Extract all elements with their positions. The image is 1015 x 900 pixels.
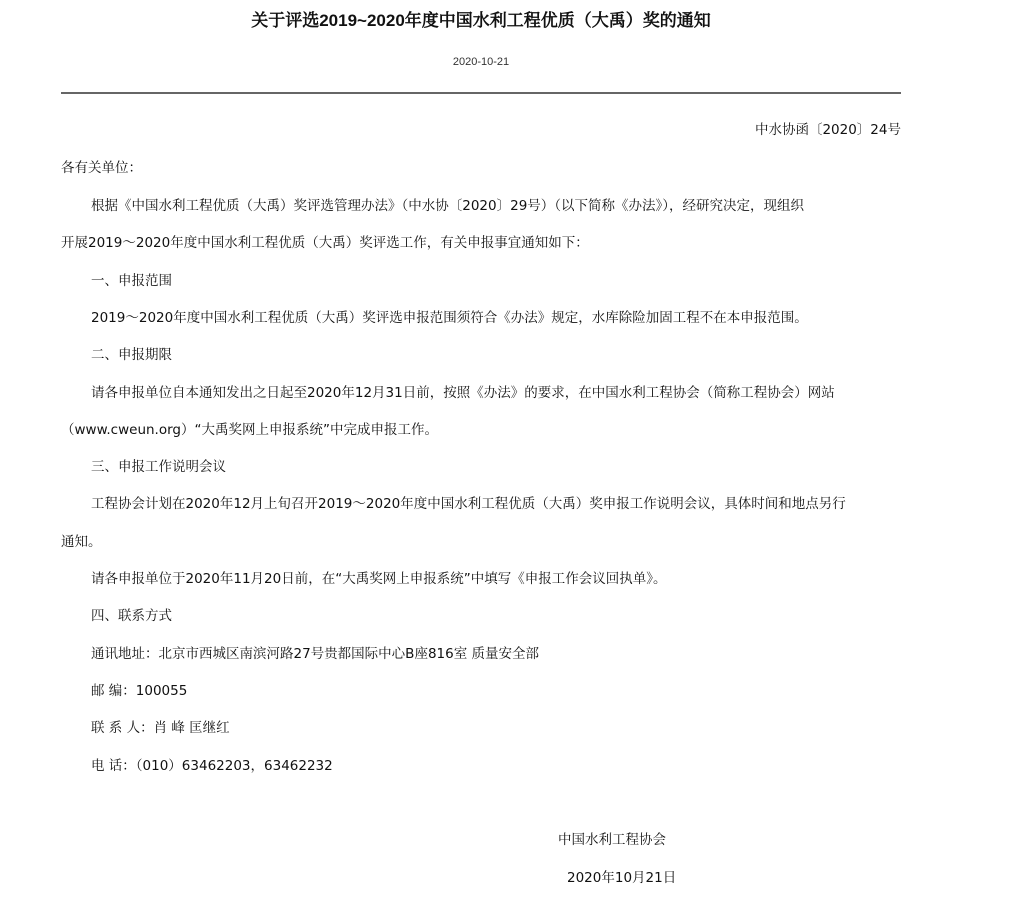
- section-heading-deadline: 二、申报期限: [61, 345, 901, 365]
- signature-date: 2020年10月21日: [567, 868, 676, 888]
- deadline-paragraph-line-2: （www.cweun.org）“大禹奖网上申报系统”中完成申报工作。: [61, 420, 901, 440]
- intro-paragraph-line-1: 根据《中国水利工程优质（大禹）奖评选管理办法》（中水协〔2020〕29号）（以下…: [61, 196, 901, 216]
- section-heading-contact: 四、联系方式: [61, 606, 901, 626]
- contact-phone: 电 话：（010）63462203，63462232: [61, 756, 901, 776]
- publish-date: 2020-10-21: [61, 54, 901, 70]
- contact-person: 联 系 人：肖 峰 匡继红: [61, 718, 901, 738]
- meeting-paragraph-line-2: 通知。: [61, 532, 901, 552]
- scope-paragraph: 2019～2020年度中国水利工程优质（大禹）奖评选申报范围须符合《办法》规定，…: [61, 308, 901, 328]
- intro-paragraph-line-2: 开展2019～2020年度中国水利工程优质（大禹）奖评选工作，有关申报事宜通知如…: [61, 233, 901, 253]
- signature-organization: 中国水利工程协会: [558, 830, 666, 850]
- document-number: 中水协函〔2020〕24号: [61, 120, 901, 140]
- meeting-receipt-paragraph: 请各申报单位于2020年11月20日前，在“大禹奖网上申报系统”中填写《申报工作…: [61, 569, 901, 589]
- deadline-paragraph-line-1: 请各申报单位自本通知发出之日起至2020年12月31日前，按照《办法》的要求，在…: [61, 383, 901, 403]
- header-divider: [61, 92, 901, 94]
- section-heading-scope: 一、申报范围: [61, 271, 901, 291]
- meeting-paragraph-line-1: 工程协会计划在2020年12月上旬召开2019～2020年度中国水利工程优质（大…: [61, 494, 901, 514]
- contact-postcode: 邮 编：100055: [61, 681, 901, 701]
- salutation: 各有关单位：: [61, 158, 901, 178]
- page-title: 关于评选2019~2020年度中国水利工程优质（大禹）奖的通知: [61, 9, 901, 33]
- contact-address: 通讯地址：北京市西城区南滨河路27号贵都国际中心B座816室 质量安全部: [61, 644, 901, 664]
- section-heading-meeting: 三、申报工作说明会议: [61, 457, 901, 477]
